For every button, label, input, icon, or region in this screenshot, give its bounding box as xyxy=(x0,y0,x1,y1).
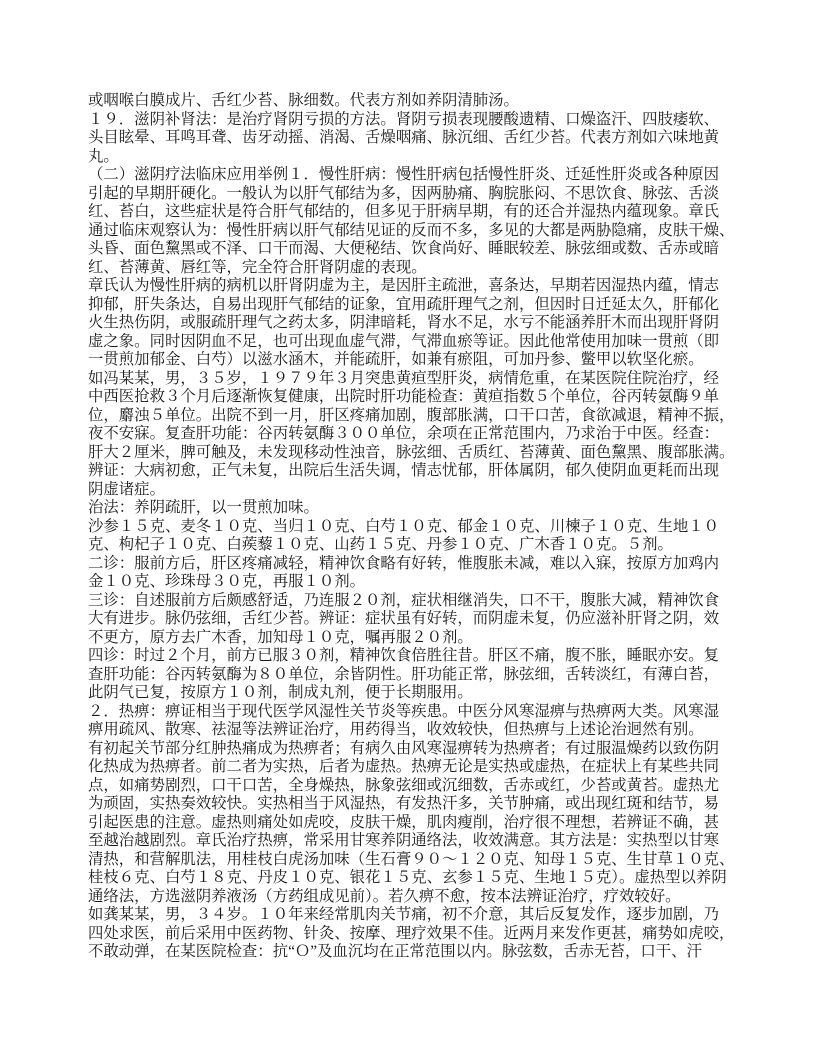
text-line: 点，如痛势剧烈，口干口苦，全身燥热，脉象弦细或沉细数，舌赤或红，少苔或黄苔。虚热… xyxy=(88,777,728,796)
text-line: 克、枸杞子１０克、白蒺藜１０克、山药１５克、丹参１０克、广木香１０克。５剂。 xyxy=(88,536,728,555)
text-line: 四处求医，前后采用中医药物、针灸、按摩、理疗效果不佳。近两月来发作更甚，痛势如虎… xyxy=(88,925,728,944)
text-line: 头目眩晕、耳鸣耳聋、齿牙动摇、消渴、舌燥咽痛、脉沉细、舌红少苔。代表方剂如六味地… xyxy=(88,129,728,148)
document-text-block: 或咽喉白膜成片、舌红少苔、脉细数。代表方剂如养阴清肺汤。１９．滋阴补肾法：是治疗… xyxy=(88,92,728,962)
text-line: 或咽喉白膜成片、舌红少苔、脉细数。代表方剂如养阴清肺汤。 xyxy=(88,92,728,111)
text-line: 如冯某某，男，３５岁，１９７９年３月突患黄疸型肝炎，病情危重，在某医院住院治疗，… xyxy=(88,370,728,389)
text-line: 红、苔薄黄、唇红等，完全符合肝肾阴虚的表现。 xyxy=(88,259,728,278)
text-line: 痹用疏风、散寒、祛湿等法辨证治疗，用药得当，收效较快，但热痹与上述论治迥然有别。 xyxy=(88,721,728,740)
text-line: 位，麝浊５单位。出院不到一月，肝区疼痛加剧，腹部胀满，口干口苦，食欲减退，精神不… xyxy=(88,407,728,426)
text-line: 通络法，方选滋阴养液汤（方药组成见前）。若久痹不愈，按本法辨证治疗，疗效较好。 xyxy=(88,888,728,907)
text-line: 查肝功能：谷丙转氨酶为８０单位，余皆阴性。肝功能正常，脉弦细，舌转淡红，有薄白苔… xyxy=(88,666,728,685)
text-line: 红、苔白，这些症状是符合肝气郁结的，但多见于肝病早期，有的还合并湿热内蕴现象。章… xyxy=(88,203,728,222)
text-line: 治法：养阴疏肝，以一贯煎加味。 xyxy=(88,499,728,518)
text-line: 清热，和营解肌法，用桂枝白虎汤加味（生石膏９０～１２０克、知母１５克、生甘草１０… xyxy=(88,851,728,870)
text-line: ２．热痹：痹证相当于现代医学风湿性关节炎等疾患。中医分风寒湿痹与热痹两大类。风寒… xyxy=(88,703,728,722)
text-line: 有初起关节部分红肿热痛成为热痹者；有病久由风寒湿痹转为热痹者；有过服温燥药以致伤… xyxy=(88,740,728,759)
text-line: 虚之象。同时因阴血不足，也可出现血虚气滞，气滞血瘀等证。因此他常使用加味一贯煎（… xyxy=(88,333,728,352)
text-line: 如龚某某，男，３４岁。１０年来经常肌肉关节痛，初不介意，其后反复发作，逐步加剧，… xyxy=(88,906,728,925)
text-line: （二）滋阴疗法临床应用举例１．慢性肝病：慢性肝病包括慢性肝炎、迁延性肝炎或各种原… xyxy=(88,166,728,185)
text-line: 引起的早期肝硬化。一般认为以肝气郁结为多，因两胁痛、胸脘胀闷、不思饮食、脉弦、舌… xyxy=(88,185,728,204)
text-line: 桂枝６克、白芍１８克、丹皮１０克、银花１５克、玄参１５克、生地１５克）。虚热型以… xyxy=(88,869,728,888)
text-line: 一贯煎加郁金、白芍）以滋水涵木，并能疏肝，如兼有瘀阻，可加丹参、鳖甲以软坚化瘀。 xyxy=(88,351,728,370)
text-line: 通过临床观察认为：慢性肝病以肝气郁结见证的反而不多，多见的大都是两胁隐痛，皮肤干… xyxy=(88,222,728,241)
text-line: 金１０克、珍珠母３０克，再服１０剂。 xyxy=(88,573,728,592)
text-line: 不更方，原方去广木香，加知母１０克，嘱再服２０剂。 xyxy=(88,629,728,648)
text-line: 不敢动弹，在某医院检查：抗“Ｏ”及血沉均在正常范围以内。脉弦数，舌赤无苔，口干、… xyxy=(88,943,728,962)
text-line: 四诊：时过２个月，前方已服３０剂，精神饮食倍胜往昔。肝区不痛，腹不胀，睡眠亦安。… xyxy=(88,647,728,666)
text-line: 引起医患的注意。虚热则痛处如虎咬，皮肤干燥，肌肉瘦削，治疗很不理想，若辨证不确，… xyxy=(88,814,728,833)
text-line: 阴虚诸症。 xyxy=(88,481,728,500)
text-line: 中西医抢救３个月后逐渐恢复健康，出院时肝功能检查：黄疸指数５个单位，谷丙转氨酶９… xyxy=(88,388,728,407)
text-line: 二诊：服前方后，肝区疼痛减轻，精神饮食略有好转，惟腹胀未减，难以入寐，按原方加鸡… xyxy=(88,555,728,574)
text-line: 大有进步。脉仍弦细，舌红少苔。辨证：症状虽有好转，而阴虚未复，仍应滋补肝肾之阴，… xyxy=(88,610,728,629)
text-line: 辨证：大病初愈，正气未复，出院后生活失调，情志忧郁，肝体属阴，郁久使阴血更耗而出… xyxy=(88,462,728,481)
text-line: 至越治越剧烈。章氏治疗热痹，常采用甘寒养阴通络法，收效满意。其方法是：实热型以甘… xyxy=(88,832,728,851)
text-line: 火生热伤阴，或服疏肝理气之药太多，阴津暗耗，肾水不足，水亏不能涵养肝木而出现肝肾… xyxy=(88,314,728,333)
text-line: 化热成为热痹者。前二者为实热，后者为虚热。热痹无论是实热或虚热，在症状上有某些共… xyxy=(88,758,728,777)
text-line: 三诊：自述服前方后颇感舒适，乃连服２０剂，症状相继消失，口不干，腹胀大减，精神饮… xyxy=(88,592,728,611)
text-line: 肝大２厘米，脾可触及，未发现移动性浊音，脉弦细、舌质红、苔薄黄、面色黧黑、腹部胀… xyxy=(88,444,728,463)
text-line: １９．滋阴补肾法：是治疗肾阴亏损的方法。肾阴亏损表现腰酸遗精、口燥盗汗、四肢痿软… xyxy=(88,111,728,130)
text-line: 夜不安寐。复查肝功能：谷丙转氨酶３００单位，余项在正常范围内，乃求治于中医。经查… xyxy=(88,425,728,444)
text-line: 头昏、面色黧黑或不泽、口干而渴、大便秘结、饮食尚好、睡眠较差、脉弦细或数、舌赤或… xyxy=(88,240,728,259)
text-line: 抑郁，肝失条达，自易出现肝气郁结的证象，宜用疏肝理气之剂，但因时日迁延太久，肝郁… xyxy=(88,296,728,315)
document-page: 或咽喉白膜成片、舌红少苔、脉细数。代表方剂如养阴清肺汤。１９．滋阴补肾法：是治疗… xyxy=(0,0,816,1056)
text-line: 为顽固，实热奏效较快。实热相当于风湿热，有发热汗多，关节肿痛，或出现红斑和结节，… xyxy=(88,795,728,814)
text-line: 丸。 xyxy=(88,148,728,167)
text-line: 此阴气已复，按原方１０剂，制成丸剂，便于长期服用。 xyxy=(88,684,728,703)
text-line: 沙参１５克、麦冬１０克、当归１０克、白芍１０克、郁金１０克、川楝子１０克、生地１… xyxy=(88,518,728,537)
text-line: 章氏认为慢性肝病的病机以肝肾阴虚为主，是因肝主疏泄，喜条达，早期若因湿热内蕴，情… xyxy=(88,277,728,296)
